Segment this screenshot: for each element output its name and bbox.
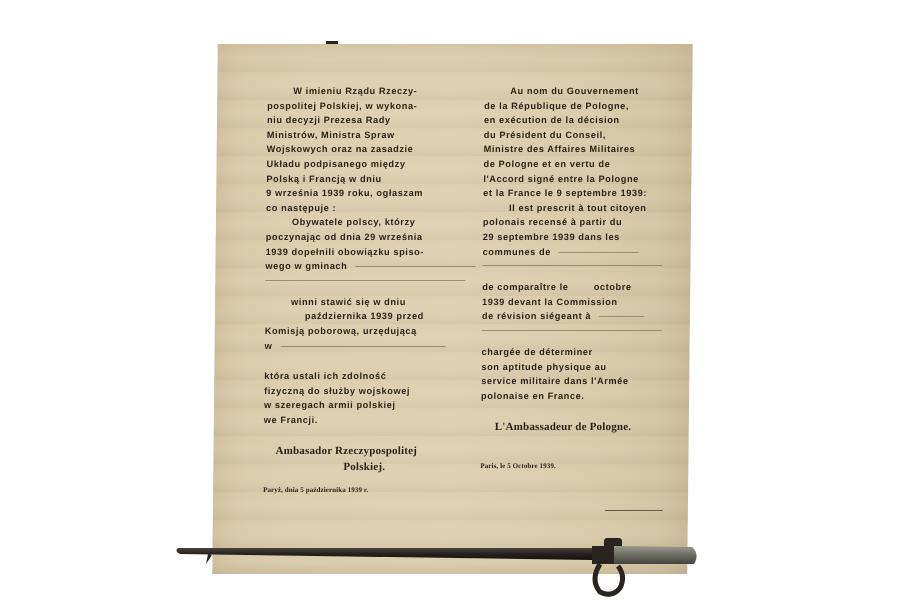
pl-line: w	[265, 341, 273, 351]
fr-line: communes de	[483, 247, 551, 257]
printer-imprint	[605, 510, 663, 511]
pl-line: pospolitej Polskiej, w wykona-	[267, 99, 467, 114]
pl-line: Ministrów, Ministra Spraw	[267, 128, 467, 143]
fill-in-blank	[482, 330, 662, 331]
pl-line: W imieniu Rządu Rzeczy-	[267, 84, 467, 99]
fr-line: de révision siégeant à	[482, 311, 591, 321]
fr-line: de Pologne et en vertu de	[483, 157, 663, 172]
fr-signature: L'Ambassadeur de Pologne.	[481, 419, 661, 435]
fr-line: Au nom du Gouvernement	[484, 84, 664, 99]
pl-line: Obywatele polscy, którzy	[266, 215, 466, 230]
fr-line: polonaise en France.	[481, 389, 661, 404]
fill-in-blank	[559, 252, 639, 253]
fr-line: service militaire dans l'Armée	[481, 374, 661, 389]
fr-line: Ministre des Affaires Militaires	[484, 142, 664, 157]
fill-in-blank	[482, 265, 662, 266]
pl-signature: Polskiej.	[263, 459, 463, 475]
fill-in-blank	[280, 346, 445, 347]
fr-line: chargée de déterminer	[481, 345, 661, 360]
fr-line: de la République de Pologne,	[484, 99, 664, 114]
pl-line: 1939 dopełnili obowiązku spiso-	[266, 245, 466, 260]
pl-line: Układu podpisanego między	[266, 157, 466, 172]
fr-date: Paris, le 5 Octobre 1939.	[480, 459, 660, 474]
fr-line: de comparaître le octobre	[482, 280, 662, 295]
pl-line: października 1939 przed	[265, 309, 465, 324]
fr-line: en exécution de la décision	[484, 113, 664, 128]
fr-line: et la France le 9 septembre 1939:	[483, 186, 663, 201]
polish-text: W imieniu Rządu Rzeczy- pospolitej Polsk…	[263, 84, 467, 498]
pl-line: fizyczną do służby wojskowej	[264, 384, 464, 399]
fr-line: l'Accord signé entre la Pologne	[483, 172, 663, 187]
fill-in-blank	[355, 266, 475, 267]
pl-line: poczynając od dnia 29 września	[266, 230, 466, 245]
fill-in-blank	[265, 280, 465, 281]
pl-signature: Ambasador Rzeczypospolitej	[263, 443, 463, 459]
pl-line: 9 września 1939 roku, ogłaszam	[266, 186, 466, 201]
fr-line: polonais recensé à partir du	[483, 215, 663, 230]
pl-line: wego w gminach	[265, 261, 347, 271]
pl-date: Paryż, dnia 5 października 1939 r.	[263, 483, 463, 498]
pl-line: w szeregach armii polskiej	[264, 398, 464, 413]
conscription-poster: W imieniu Rządu Rzeczy- pospolitej Polsk…	[212, 44, 693, 574]
pl-line: Wojskowych oraz na zasadzie	[267, 142, 467, 157]
pl-line: Polską i Francją w dniu	[266, 172, 466, 187]
pl-line: która ustali ich zdolność	[264, 369, 464, 384]
fr-line: 29 septembre 1939 dans les	[483, 230, 663, 245]
pl-line: we Francji.	[264, 413, 464, 428]
pl-line: Komisją poborową, urzędującą	[265, 324, 465, 339]
french-text: Au nom du Gouvernement de la République …	[480, 84, 664, 474]
fr-line: son aptitude physique au	[481, 360, 661, 375]
fr-line: Il est prescrit à tout citoyen	[483, 201, 663, 216]
pl-line: co następuje :	[266, 201, 466, 216]
fr-line: du Président du Conseil,	[484, 128, 664, 143]
fill-in-blank	[599, 316, 644, 317]
bottom-bayonet	[172, 536, 707, 600]
pl-line: niu decyzji Prezesa Rady	[267, 113, 467, 128]
pl-line: winni stawić się w dniu	[265, 295, 465, 310]
fr-line: 1939 devant la Commission	[482, 295, 662, 310]
